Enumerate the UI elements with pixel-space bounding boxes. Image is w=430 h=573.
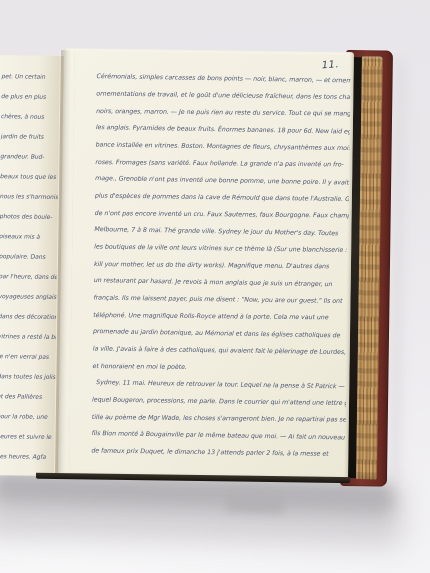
handwriting-fragment: dans toutes les jolis: [0, 367, 56, 388]
handwriting-fragment: vitrines a resté la blond.: [0, 327, 56, 348]
handwriting-fragment: grandeur. Bud-: [0, 147, 58, 168]
handwriting-fragment: Je n'en verrai pas: [0, 347, 56, 368]
handwriting-fragment: et des Pallières: [0, 387, 55, 408]
photo-of-open-manuscript-book: pet. Un certainde plus en pluschères, à …: [0, 0, 430, 573]
handwriting-fragment: populaire. Dans: [0, 247, 57, 268]
left-page-handwriting: pet. Un certainde plus en pluschères, à …: [0, 67, 60, 468]
handwriting-fragment: oiseaux mis à: [0, 227, 57, 248]
handwriting-fragment: pet. Un certain: [1, 67, 59, 88]
handwriting-fragment: photos des boule-: [0, 207, 58, 228]
right-page-handwriting: Cérémonials, simples carcasses de bons p…: [91, 69, 351, 471]
book-shadow-step: [226, 491, 285, 513]
handwriting-fragment: par l'heure, dans des: [0, 267, 57, 288]
handwriting-fragment: pour la robe, une: [0, 407, 55, 428]
handwriting-fragment: beaux tous que les: [0, 167, 58, 188]
page-number: 11.: [321, 59, 339, 71]
book-shadow-right: [390, 58, 405, 482]
open-book: pet. Un certainde plus en pluschères, à …: [0, 45, 393, 486]
handwriting-fragment: de plus en plus: [1, 87, 59, 108]
handwriting-fragment: des heures. Agfa: [0, 447, 54, 468]
right-page: 11. Cérémonials, simples carcasses de bo…: [58, 48, 354, 482]
handwriting-fragment: chères, à nous: [1, 107, 59, 128]
handwriting-fragment: voyageuses anglais,: [0, 287, 57, 308]
handwriting-fragment: nous les s'harmonisent: [0, 187, 58, 208]
handwriting-fragment: dans des décorations: [0, 307, 56, 328]
handwriting-fragment: jardin de fruits: [1, 127, 59, 148]
handwriting-fragment: heures et suivre le: [0, 427, 55, 448]
